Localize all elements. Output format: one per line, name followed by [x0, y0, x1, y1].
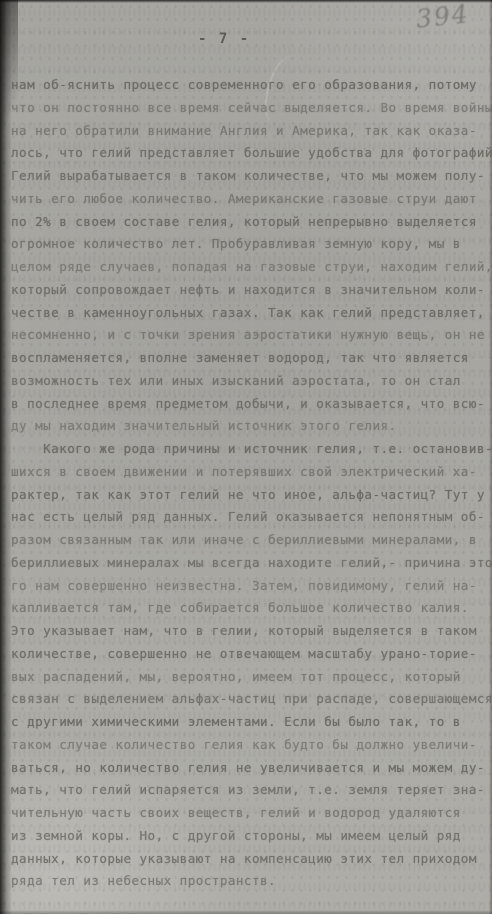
text-line: который сопровождает нефть и находится в… [11, 279, 486, 302]
document-text: нам об-яснить процесс современного его о… [11, 74, 486, 893]
text-line: Это указывает нам, что в гелии, который … [11, 620, 486, 643]
text-line: с другими химическими элементами. Если б… [11, 711, 486, 734]
text-line: целом ряде случаев, попадая на газовые с… [11, 256, 486, 279]
text-line: из земной коры. Но, с другой стороны, мы… [11, 825, 486, 848]
text-line: шихся в своем движении и потерявших свой… [11, 461, 486, 484]
text-line: ряда тел из небесных пространств. [11, 870, 486, 893]
text-line: разом связанным так или иначе с бериллие… [11, 529, 486, 552]
scan-edge-shadow-top [0, 0, 492, 3]
text-line: нам об-яснить процесс современного его о… [11, 74, 486, 97]
text-line: нас есть целый ряд данных. Гелий оказыва… [11, 506, 486, 529]
text-line: что он постоянно все время сейчас выделя… [11, 97, 486, 120]
text-line: огромное количество лет. Пробуравливая з… [11, 233, 486, 256]
handwritten-archive-number: 394 [415, 0, 471, 34]
text-line: рактер, так как этот гелий не что иное, … [11, 484, 486, 507]
text-line: количестве, совершенно не отвечающем мас… [11, 643, 486, 666]
text-line: чительную часть своих веществ, гелий и в… [11, 802, 486, 825]
typed-page-number: - 7 - [198, 31, 250, 47]
scanned-page: 394 - 7 - нам об-яснить процесс современ… [0, 0, 492, 914]
text-line: вых распадений, мы, вероятно, имеем тот … [11, 666, 486, 689]
text-line: несомненно, и с точки зрения аэростатики… [11, 324, 486, 347]
text-line: по 2% в своем составе гелия, который неп… [11, 211, 486, 234]
scan-edge-shadow-bottom [0, 910, 492, 914]
text-line: таком случае количество гелия как будто … [11, 734, 486, 757]
text-line: Гелий вырабатывается в таком количестве,… [11, 165, 486, 188]
text-line: возможность тех или иных изысканий аэрос… [11, 370, 486, 393]
text-line: ваться, но количество гелия не увеличива… [11, 757, 486, 780]
text-line: чить его любое количество. Американские … [11, 188, 486, 211]
text-line: капливается там, где собирается большое … [11, 597, 486, 620]
text-line: связан с выделением альфах-частиц при ра… [11, 688, 486, 711]
text-line: мать, что гелий испаряется из земли, т.е… [11, 779, 486, 802]
text-line: честве в каменноугольных газах. Так как … [11, 302, 486, 325]
text-line: го нам совершенно неизвестна. Затем, пов… [11, 575, 486, 598]
text-line: бериллиевых минералах мы всегда находите… [11, 552, 486, 575]
text-line: данных, которые указывают на компенсацию… [11, 848, 486, 871]
text-line: лось, что гелий представляет большие удо… [11, 142, 486, 165]
text-line: на него обратили внимание Англия и Амери… [11, 120, 486, 143]
text-line: в последнее время предметом добычи, и ок… [11, 393, 486, 416]
text-line: воспламеняется, вполне заменяет водород,… [11, 347, 486, 370]
text-line: ду мы находим значительный источник этог… [11, 415, 486, 438]
text-line: Какого же рода причины и источник гелия,… [11, 438, 486, 461]
